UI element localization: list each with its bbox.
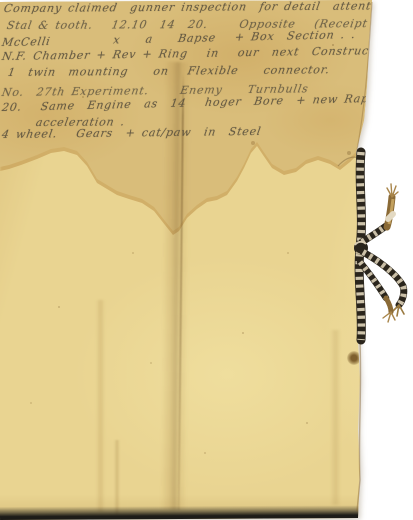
left-crease — [96, 300, 105, 512]
scanned-document: Company claimed gunner inspection for de… — [0, 0, 413, 520]
left-crease-lower — [114, 440, 120, 515]
paper-shadow-wrap: Company claimed gunner inspection for de… — [0, 0, 413, 520]
right-crease — [330, 330, 341, 505]
paper-speckles — [0, 0, 2, 2]
dark-spot-stain — [347, 351, 361, 365]
aged-paper-page: Company claimed gunner inspection for de… — [0, 0, 413, 520]
page-bottom-shadow — [0, 505, 361, 520]
